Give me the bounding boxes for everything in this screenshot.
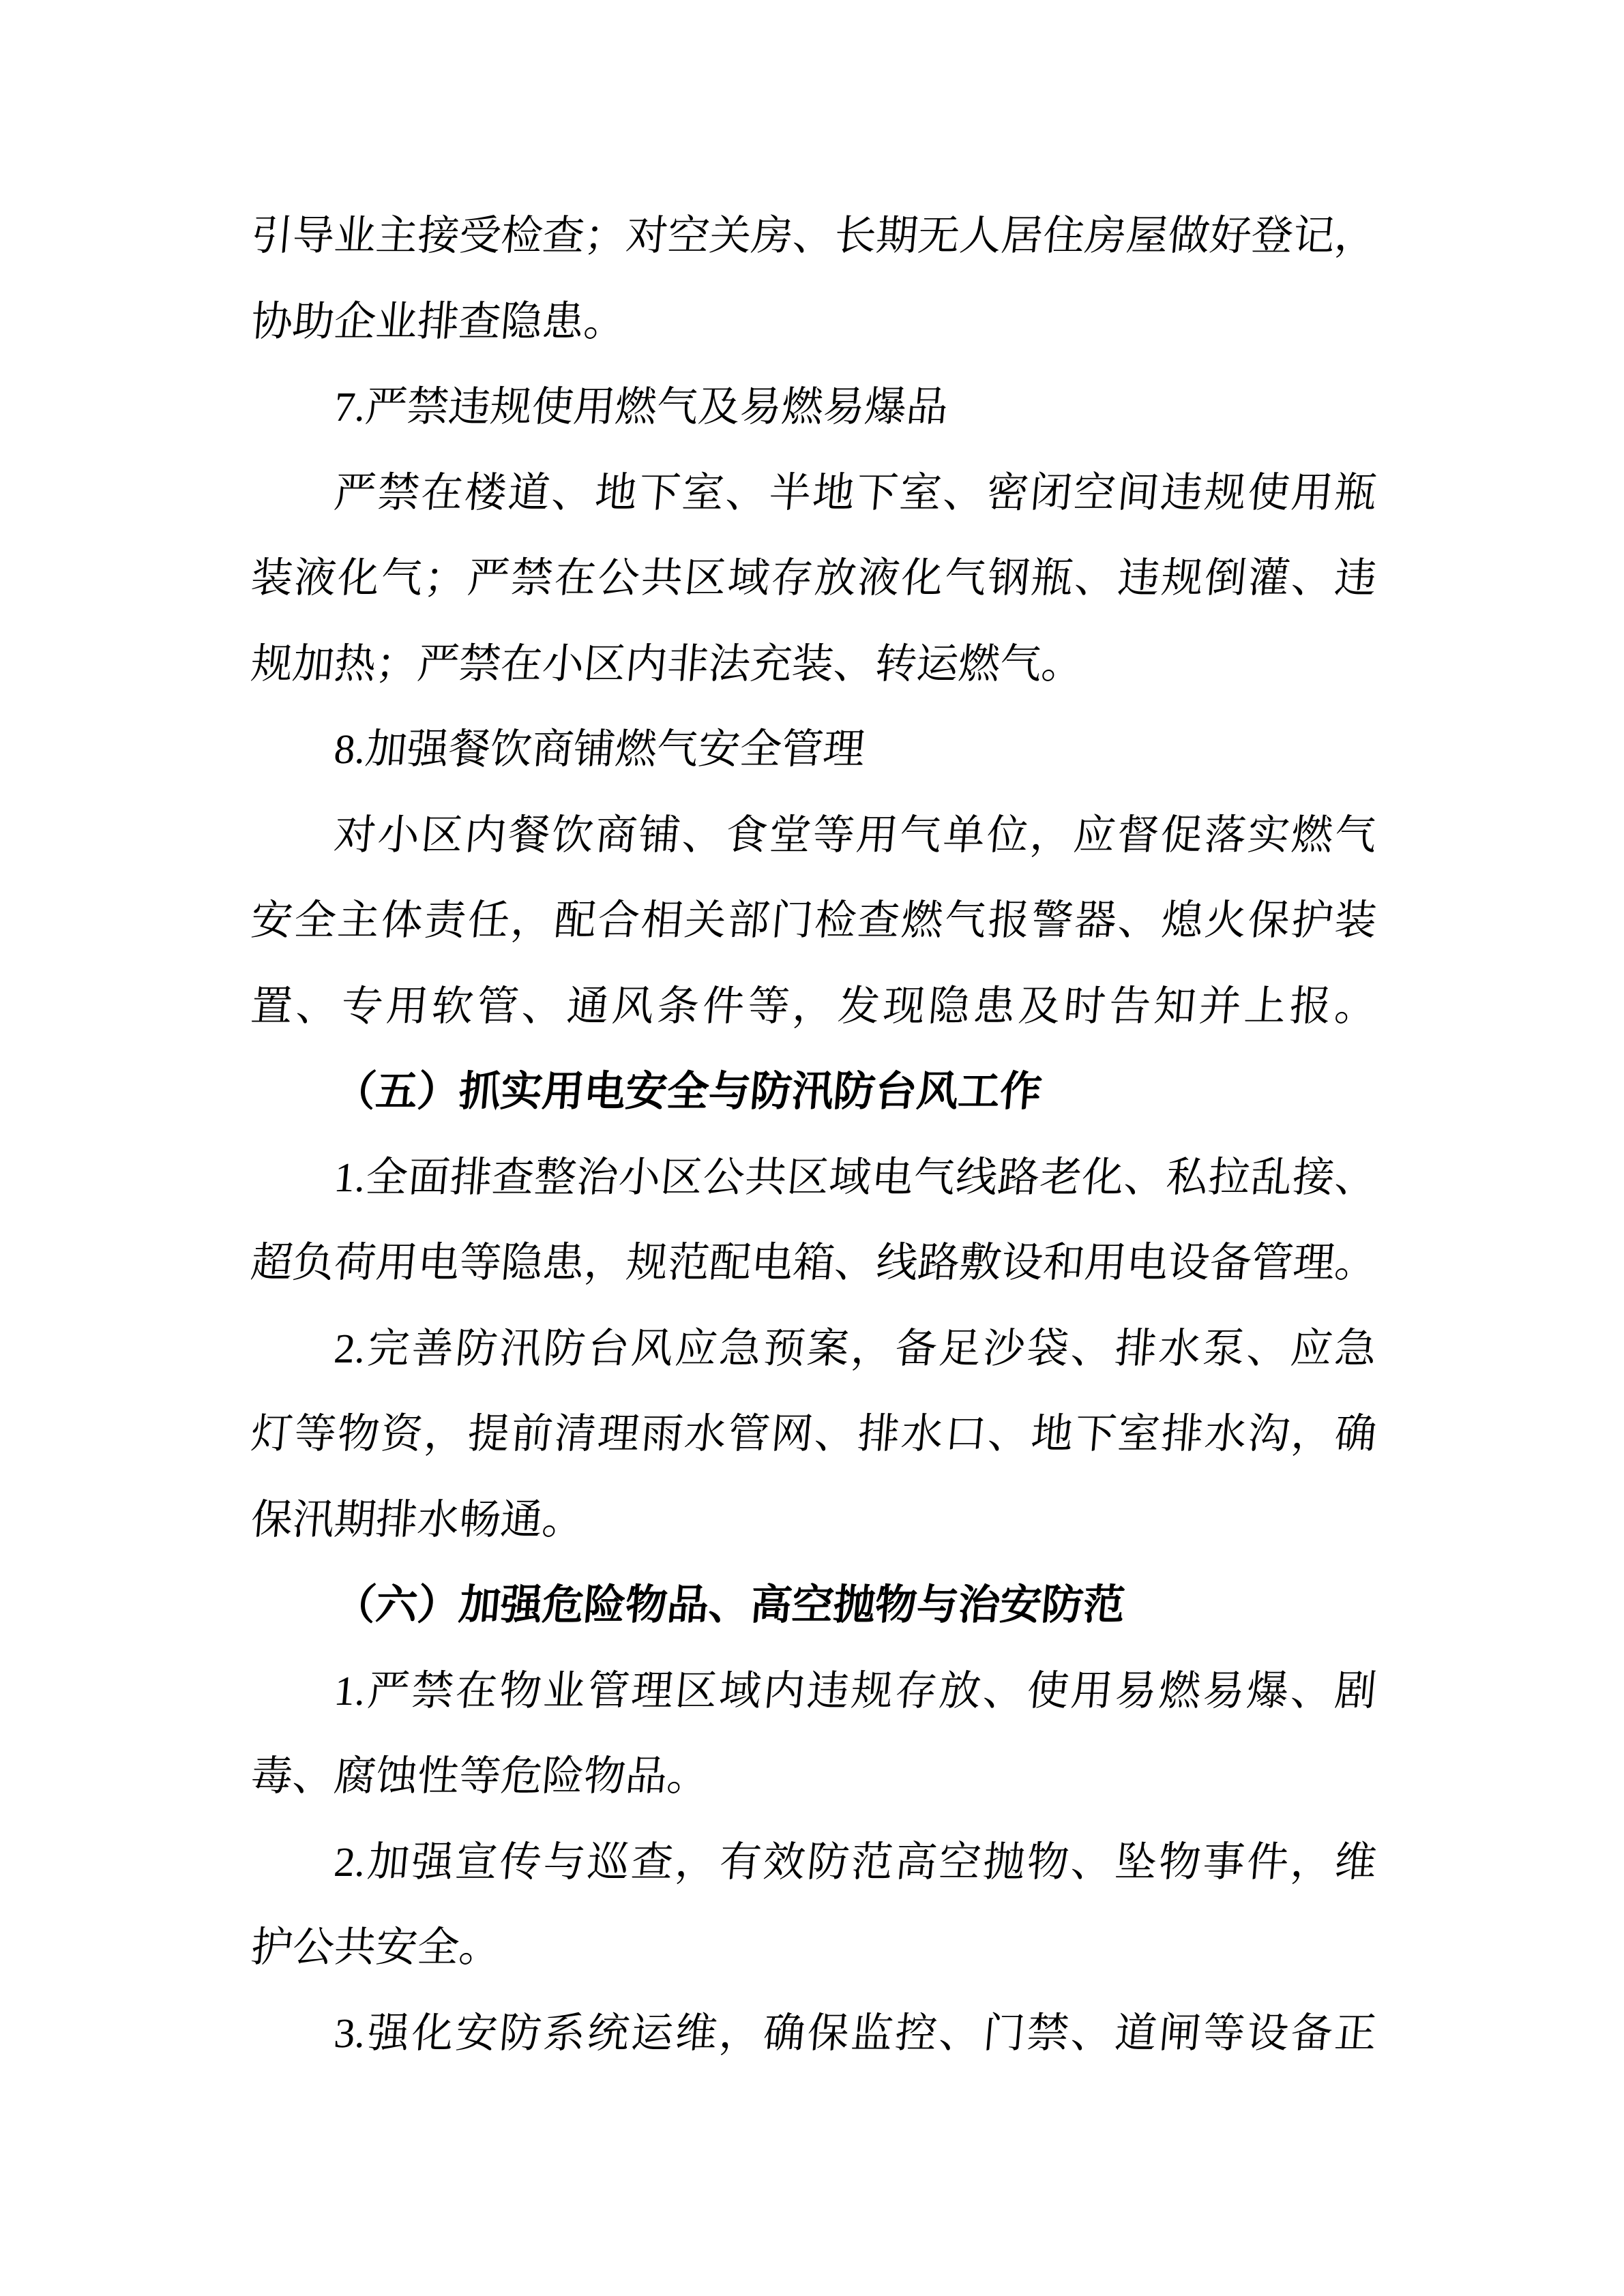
list-item-8-title: 8.加强餐饮商铺燃气安全管理 [248, 707, 1381, 793]
paragraph-line: 置、专用软管、通风条件等，发现隐患及时告知并上报。 [248, 964, 1381, 1050]
paragraph-line: 对小区内餐饮商铺、食堂等用气单位，应督促落实燃气 [248, 793, 1381, 879]
section-heading-6: （六）加强危险物品、高空抛物与治安防范 [248, 1563, 1381, 1649]
document-page: 引导业主接受检查；对空关房、长期无人居住房屋做好登记， 协助企业排查隐患。 7.… [0, 0, 1624, 2296]
paragraph-line: 3.强化安防系统运维，确保监控、门禁、道闸等设备正 [248, 1991, 1381, 2077]
paragraph-line: 严禁在楼道、地下室、半地下室、密闭空间违规使用瓶 [248, 451, 1381, 537]
paragraph-line: 灯等物资，提前清理雨水管网、排水口、地下室排水沟，确 [248, 1392, 1381, 1478]
document-text-block: 引导业主接受检查；对空关房、长期无人居住房屋做好登记， 协助企业排查隐患。 7.… [251, 194, 1376, 2076]
paragraph-line: 护公共安全。 [248, 1905, 1381, 1991]
paragraph-line: 引导业主接受检查；对空关房、长期无人居住房屋做好登记， [248, 194, 1381, 280]
paragraph-line: 保汛期排水畅通。 [248, 1478, 1381, 1564]
paragraph-line: 超负荷用电等隐患，规范配电箱、线路敷设和用电设备管理。 [248, 1221, 1381, 1307]
paragraph-line: 规加热；严禁在小区内非法充装、转运燃气。 [248, 622, 1381, 708]
paragraph-line: 毒、腐蚀性等危险物品。 [248, 1734, 1381, 1820]
paragraph-line: 安全主体责任，配合相关部门检查燃气报警器、熄火保护装 [248, 878, 1381, 964]
paragraph-line: 协助企业排查隐患。 [248, 280, 1381, 366]
section-heading-5: （五）抓实用电安全与防汛防台风工作 [248, 1049, 1381, 1135]
list-item-7-title: 7.严禁违规使用燃气及易燃易爆品 [248, 365, 1381, 451]
paragraph-line: 1.严禁在物业管理区域内违规存放、使用易燃易爆、剧 [248, 1649, 1381, 1735]
paragraph-line: 1.全面排查整治小区公共区域电气线路老化、私拉乱接、 [248, 1135, 1381, 1221]
paragraph-line: 2.完善防汛防台风应急预案，备足沙袋、排水泵、应急 [248, 1307, 1381, 1392]
paragraph-line: 2.加强宣传与巡查，有效防范高空抛物、坠物事件，维 [248, 1820, 1381, 1906]
paragraph-line: 装液化气；严禁在公共区域存放液化气钢瓶、违规倒灌、违 [248, 536, 1381, 622]
